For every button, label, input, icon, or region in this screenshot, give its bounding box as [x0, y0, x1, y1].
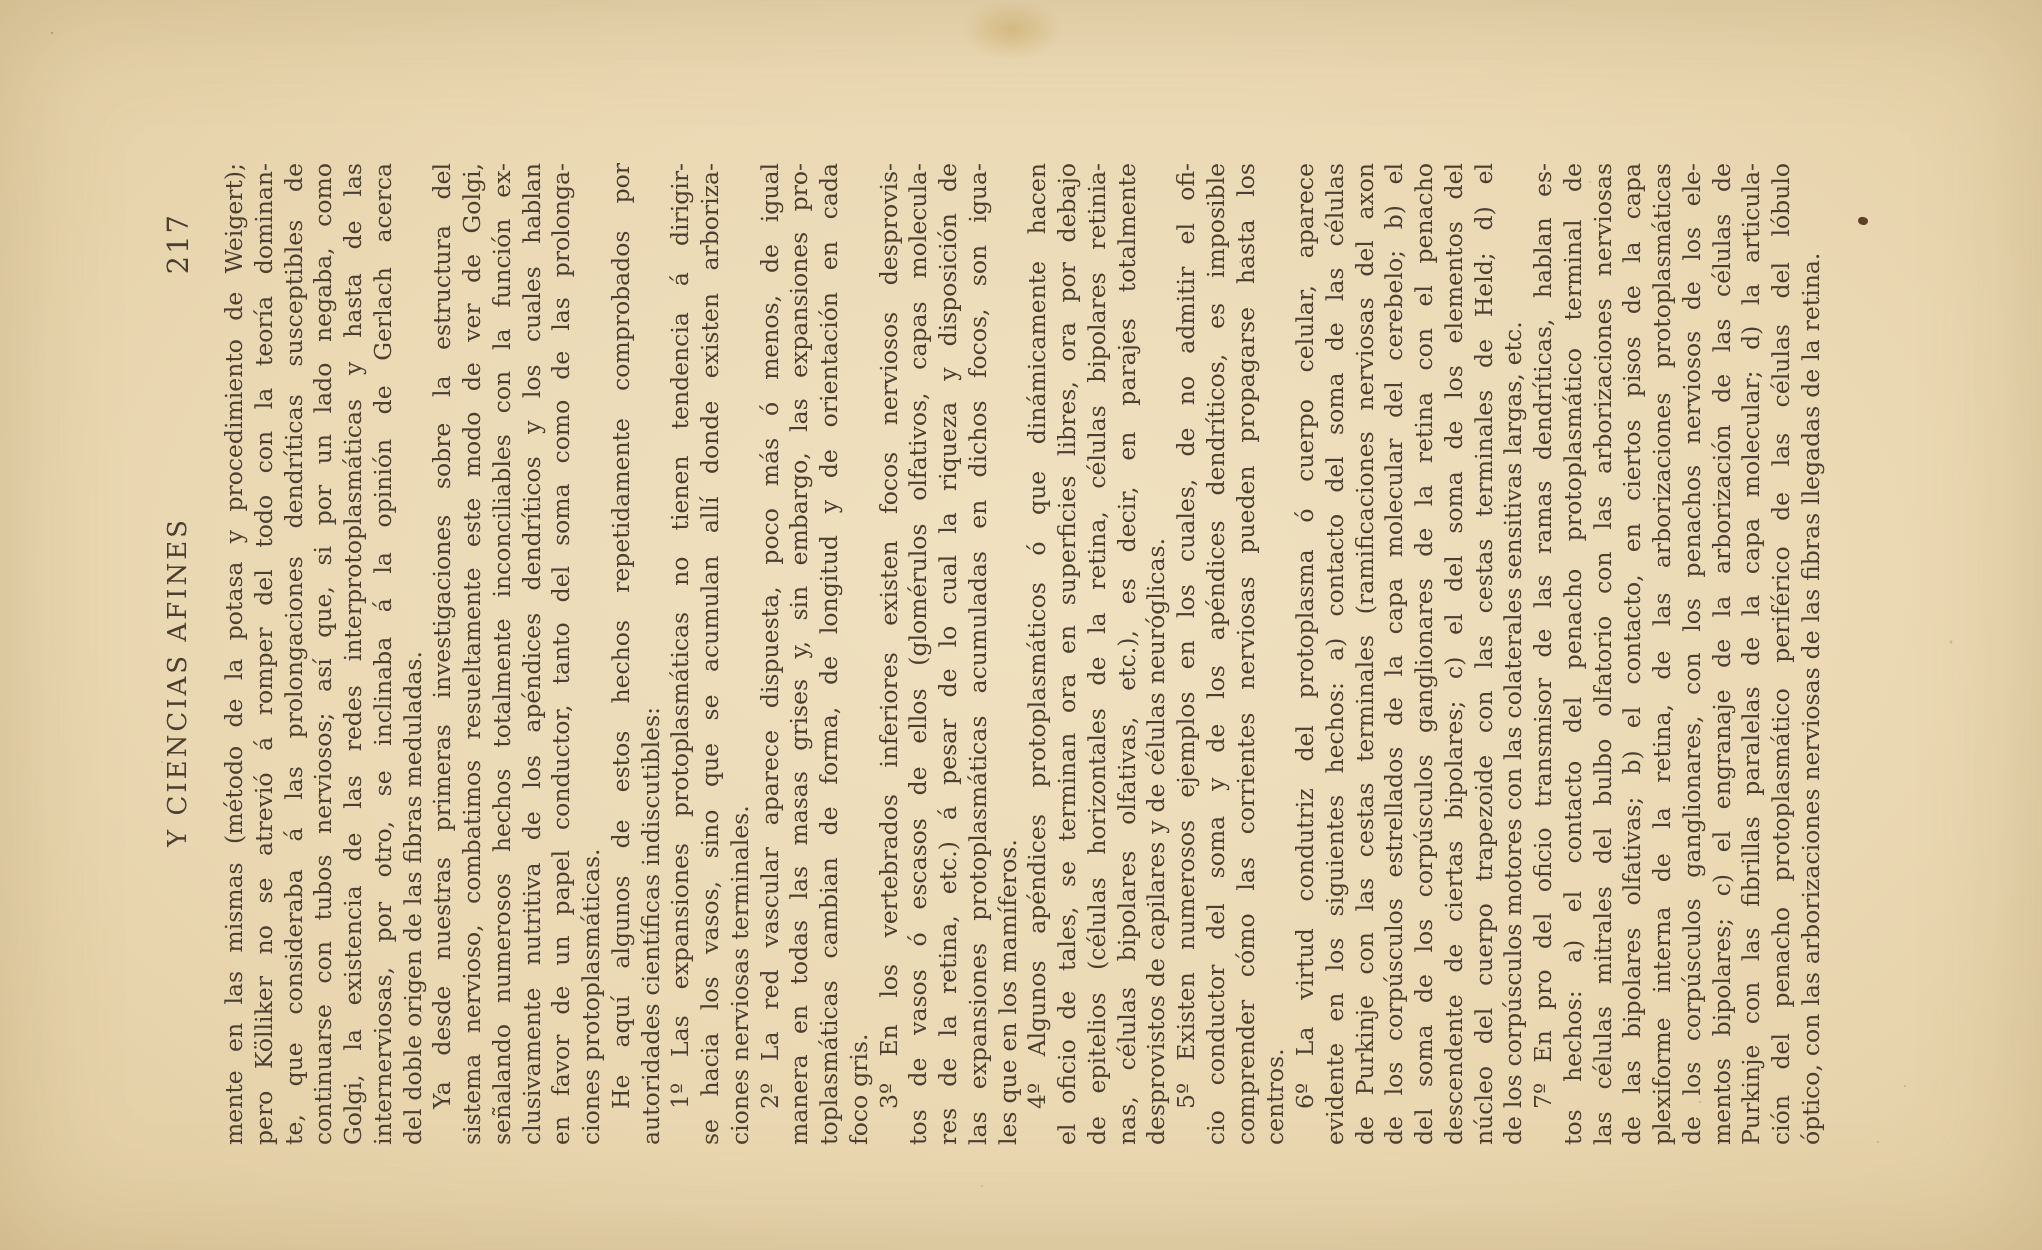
text-line: toplasmáticas cambian de forma, de longi… — [815, 163, 845, 1145]
text-line: nas, células bipolares olfativas, etc.),… — [1113, 163, 1143, 1145]
text-line: Golgi, la existencia de las redes interp… — [339, 163, 369, 1145]
text-line: foco gris. — [845, 163, 875, 1145]
page-text-block: mente en las mismas (método de la potasa… — [220, 163, 1827, 1145]
text-line: comprender cómo las corrientes nerviosas… — [1232, 163, 1262, 1145]
text-line: Ya desde nuestras primeras investigacion… — [428, 163, 458, 1145]
page-header: Y CIENCIAS AFINES 217 — [163, 163, 199, 1145]
text-line: de los corpúsculos ganglionares, con los… — [1678, 163, 1708, 1145]
text-line: ción del penacho protoplasmático perifér… — [1767, 163, 1797, 1145]
text-line: continuarse con tubos nerviosos; así que… — [309, 163, 339, 1145]
text-line: tos de vasos ó escasos de ellos (gloméru… — [904, 163, 934, 1145]
text-line: 7º En pro del oficio transmisor de las r… — [1529, 163, 1559, 1145]
text-line: señalando numerosos hechos totalmente in… — [488, 163, 518, 1145]
text-line: de Purkinje con las cestas terminales (r… — [1351, 163, 1381, 1145]
text-line: mente en las mismas (método de la potasa… — [220, 163, 250, 1145]
text-line: plexiforme interna de la retina, de las … — [1648, 163, 1678, 1145]
text-line: Purkinje con las fibrillas paralelas de … — [1737, 163, 1767, 1145]
text-line: 2º La red vascular aparece dispuesta, po… — [756, 163, 786, 1145]
text-line: centros. — [1261, 163, 1291, 1145]
text-line: pero Kölliker no se atrevió á romper del… — [250, 163, 280, 1145]
text-line: autoridades científicas indiscutibles: — [637, 163, 667, 1145]
text-line: 6º La virtud condutriz del protoplasma ó… — [1291, 163, 1321, 1145]
text-line: tos hechos: a) el contacto del penacho p… — [1559, 163, 1589, 1145]
text-line: de las bipolares olfativas; b) el contac… — [1618, 163, 1648, 1145]
page-number: 217 — [161, 213, 195, 274]
text-line: las expansiones protoplasmáticas acumula… — [964, 163, 994, 1145]
text-line: el oficio de tales, se terminan ora en s… — [1053, 163, 1083, 1145]
text-line: se hacia los vasos, sino que se acumulan… — [696, 163, 726, 1145]
text-line: desprovistos de capilares y de células n… — [1142, 163, 1172, 1145]
text-line: sistema nervioso, combatimos resueltamen… — [458, 163, 488, 1145]
text-line: manera en todas las masas grises y, sin … — [785, 163, 815, 1145]
text-line: las células mitrales del bulbo olfatorio… — [1589, 163, 1619, 1145]
text-line: de los corpúsculos estrellados de la cap… — [1380, 163, 1410, 1145]
text-line: cio conductor del soma y de los apéndice… — [1202, 163, 1232, 1145]
text-line: de epitelios (células horizontales de la… — [1083, 163, 1113, 1145]
text-line: en favor de un papel conductor, tanto de… — [547, 163, 577, 1145]
text-line: He aquí algunos de estos hechos repetida… — [607, 163, 637, 1145]
text-line: clusivamente nutritiva de los apéndices … — [518, 163, 548, 1145]
text-line: res de la retina, etc.) á pesar de lo cu… — [934, 163, 964, 1145]
scanned-book-page: Y CIENCIAS AFINES 217 mente en las misma… — [0, 0, 2042, 1250]
text-line: ciones nerviosas terminales. — [726, 163, 756, 1145]
running-head: Y CIENCIAS AFINES — [163, 517, 193, 847]
text-line: del soma de los corpúsculos ganglionares… — [1410, 163, 1440, 1145]
text-line: núcleo del cuerpo trapezoide con las ces… — [1470, 163, 1500, 1145]
text-line: descendente de ciertas bipolares; c) el … — [1440, 163, 1470, 1145]
text-line: evidente en los siguientes hechos: a) co… — [1321, 163, 1351, 1145]
text-line: te, que consideraba á las prolongaciones… — [280, 163, 310, 1145]
text-line: 3º En los vertebrados inferiores existen… — [875, 163, 905, 1145]
text-line: mentos bipolares; c) el engranaje de la … — [1708, 163, 1738, 1145]
text-line: les que en los mamíferos. — [994, 163, 1024, 1145]
text-line: 4º Algunos apéndices protoplasmáticos ó … — [1023, 163, 1053, 1145]
text-line: de los corpúsculos motores con las colat… — [1499, 163, 1529, 1145]
text-line: óptico, con las arborizaciones nerviosas… — [1797, 163, 1827, 1145]
text-line: internerviosas, por otro, se inclinaba á… — [369, 163, 399, 1145]
text-line: del doble origen de las fibras meduladas… — [399, 163, 429, 1145]
rotated-page: Y CIENCIAS AFINES 217 mente en las misma… — [0, 0, 2042, 1250]
text-line: 1º Las expansiones protoplasmáticas no t… — [666, 163, 696, 1145]
text-line: 5º Existen numerosos ejemplos en los cua… — [1172, 163, 1202, 1145]
text-line: ciones protoplasmáticas. — [577, 163, 607, 1145]
